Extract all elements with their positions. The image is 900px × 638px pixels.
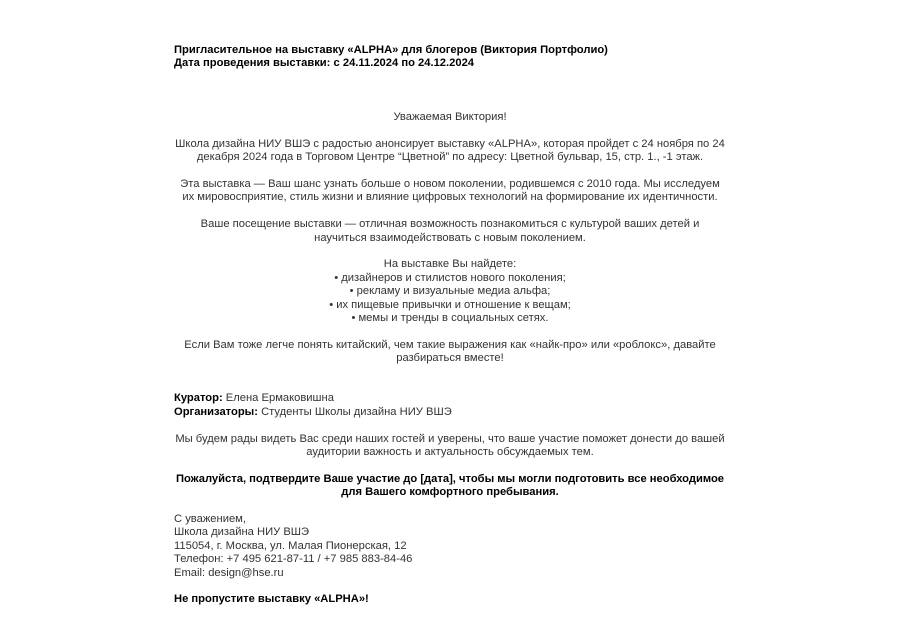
signature-phone: Телефон: +7 495 621-87-11 / +7 985 883-8… [174,553,726,566]
signature-email: Email: design@hse.ru [174,567,726,580]
signature-block: С уважением, Школа дизайна НИУ ВШЭ 11505… [174,513,726,580]
invitation-document: Пригласительное на выставку «ALPHA» для … [174,44,726,607]
document-title: Пригласительное на выставку «ALPHA» для … [174,44,726,57]
organizers-line: Организаторы: Студенты Школы дизайна НИУ… [174,406,726,419]
signature-address: 115054, г. Москва, ул. Малая Пионерская,… [174,540,726,553]
paragraph-invitation: Если Вам тоже легче понять китайский, че… [174,339,726,366]
greeting: Уважаемая Виктория! [174,111,726,124]
organizers-label: Организаторы: [174,406,258,418]
list-item: • мемы и тренды в социальных сетях. [174,312,726,325]
rsvp-request: Пожалуйста, подтвердите Ваше участие до … [174,473,726,500]
paragraph-opportunity: Ваше посещение выставки — отличная возмо… [174,218,726,245]
signature-closing: С уважением, [174,513,726,526]
curator-line: Куратор: Елена Ермаковишна [174,392,726,405]
exhibition-dates: Дата проведения выставки: с 24.11.2024 п… [174,57,726,70]
list-intro: На выставке Вы найдете: [174,258,726,271]
closing-call: Не пропустите выставку «ALPHA»! [174,593,726,606]
list-item: • рекламу и визуальные медиа альфа; [174,285,726,298]
list-item: • их пищевые привычки и отношение к веща… [174,299,726,312]
paragraph-welcome: Мы будем рады видеть Вас среди наших гос… [174,433,726,460]
curator-value: Елена Ермаковишна [223,392,334,404]
organizers-value: Студенты Школы дизайна НИУ ВШЭ [258,406,452,418]
paragraph-generation: Эта выставка — Ваш шанс узнать больше о … [174,178,726,205]
paragraph-announcement: Школа дизайна НИУ ВШЭ с радостью анонсир… [174,138,726,165]
signature-org: Школа дизайна НИУ ВШЭ [174,526,726,539]
curator-label: Куратор: [174,392,223,404]
list-item: • дизайнеров и стилистов нового поколени… [174,272,726,285]
feature-list: • дизайнеров и стилистов нового поколени… [174,272,726,326]
